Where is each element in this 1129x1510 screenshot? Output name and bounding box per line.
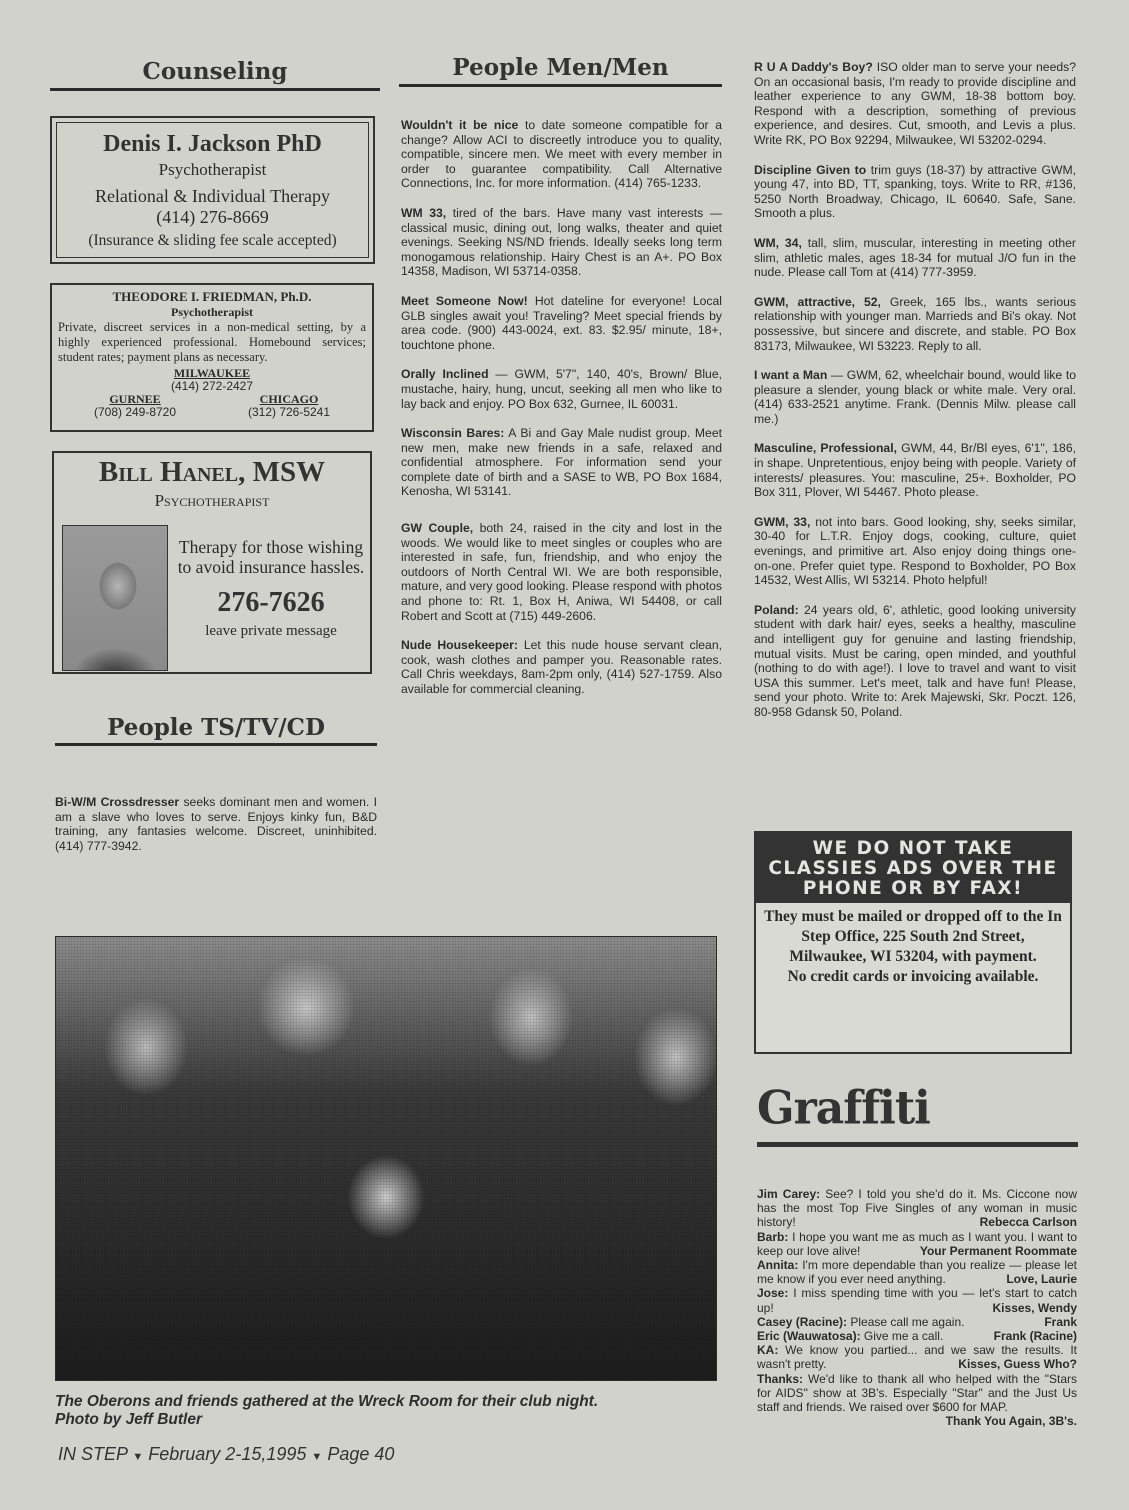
caption-line1: The Oberons and friends gathered at the … [55,1393,725,1411]
jackson-title: Psychotherapist [57,160,368,180]
counseling-heading: Counseling [50,60,380,91]
classified-ad: Poland: 24 years old, 6', athletic, good… [754,603,1076,720]
separator-icon: ▼ [132,1451,143,1463]
page-footer: IN STEP ▼ February 2-15,1995 ▼ Page 40 [58,1444,394,1465]
ts-tv-cd-heading: People TS/TV/CD [55,716,377,746]
friedman-ad: THEODORE I. FRIEDMAN, Ph.D. Psychotherap… [50,283,374,432]
graffiti-entry: Jim Carey: See? I told you she'd do it. … [757,1187,1077,1230]
classified-ad: Meet Someone Now! Hot dateline for every… [401,294,722,352]
hanel-title: Psychotherapist [54,491,370,511]
publication-name: IN STEP [58,1444,127,1464]
ts-tv-cd-ad: Bi-W/M Crossdresser seeks dominant men a… [55,795,377,853]
graffiti-entry: Barb: I hope you want me as much as I wa… [757,1230,1077,1258]
page-number: Page 40 [327,1444,394,1464]
classified-ad: I want a Man — GWM, 62, wheelchair bound… [754,368,1076,426]
jackson-note: (Insurance & sliding fee scale accepted) [57,232,368,250]
graffiti-rule [757,1142,1078,1147]
hanel-tagline: Therapy for those wishing to avoid insur… [172,537,370,577]
caption-credit: Photo by Jeff Butler [55,1411,725,1429]
photo-caption: The Oberons and friends gathered at the … [55,1393,725,1429]
hanel-name: Bill Hanel, MSW [54,456,370,489]
classified-ad: GWM, attractive, 52, Greek, 165 lbs., wa… [754,295,1076,353]
graffiti-entry: Annita: I'm more dependable than you rea… [757,1258,1077,1286]
friedman-body: Private, discreet services in a non-medi… [58,320,366,365]
classified-ad: WM, 34, tall, slim, muscular, interestin… [754,236,1076,280]
classified-ad: Orally Inclined — GWM, 5'7", 140, 40's, … [401,367,722,411]
classified-ad: GW Couple, both 24, raised in the city a… [401,521,722,623]
office-milwaukee-phone: (414) 272-2427 [58,380,366,393]
graffiti-entries: Jim Carey: See? I told you she'd do it. … [757,1187,1077,1428]
friedman-title: Psychotherapist [58,305,366,320]
graffiti-entry: Casey (Racine): Please call me again. Fr… [757,1315,1077,1329]
office-chicago-phone: (312) 726-5241 [248,406,330,419]
jackson-ad: Denis I. Jackson PhD Psychotherapist Rel… [50,116,375,264]
graffiti-entry: Eric (Wauwatosa): Give me a call. Frank … [757,1329,1077,1343]
jackson-phone: (414) 276-8669 [57,207,368,228]
ad-lead: Bi-W/M Crossdresser [55,795,179,809]
col3-ads: R U A Daddy's Boy? ISO older man to serv… [754,60,1076,735]
classified-ad: Wouldn't it be nice to date someone comp… [401,118,722,191]
notice-box: WE DO NOT TAKE CLASSIES ADS OVER THE PHO… [754,831,1072,1054]
group-photo [55,936,717,1381]
graffiti-entry: KA: We know you partied... and we saw th… [757,1343,1077,1371]
classified-ad: Discipline Given to trim guys (18-37) by… [754,163,1076,221]
men-men-heading: People Men/Men [399,56,722,87]
notice-footer: No credit cards or invoicing available. [762,967,1064,987]
classified-ad: Wisconsin Bares: A Bi and Gay Male nudis… [401,426,722,499]
classified-ad: R U A Daddy's Boy? ISO older man to serv… [754,60,1076,148]
notice-body: They must be mailed or dropped off to th… [762,907,1064,967]
classified-ad: Masculine, Professional, GWM, 44, Br/Bl … [754,441,1076,499]
office-gurnee-phone: (708) 249-8720 [94,406,176,419]
hanel-ad: Bill Hanel, MSW Psychotherapist Therapy … [52,451,372,674]
graffiti-entry: Jose: I miss spending time with you — le… [757,1286,1077,1314]
friedman-name: THEODORE I. FRIEDMAN, Ph.D. [58,289,366,305]
hanel-portrait [62,525,168,671]
jackson-name: Denis I. Jackson PhD [57,131,368,158]
separator-icon: ▼ [311,1451,322,1463]
graffiti-entry: Thanks: We'd like to thank all who helpe… [757,1372,1077,1429]
men-men-ads: Wouldn't it be nice to date someone comp… [401,118,722,712]
hanel-phone: 276-7626 [172,587,370,619]
classified-ad: Nude Housekeeper: Let this nude house se… [401,638,722,696]
jackson-specialty: Relational & Individual Therapy [57,186,368,207]
notice-headline: WE DO NOT TAKE CLASSIES ADS OVER THE PHO… [756,833,1070,903]
classified-ad: WM 33, tired of the bars. Have many vast… [401,206,722,279]
hanel-note: leave private message [172,623,370,640]
issue-date: February 2-15,1995 [148,1444,306,1464]
graffiti-heading: Graffiti [757,1082,930,1137]
classified-ad: GWM, 33, not into bars. Good looking, sh… [754,515,1076,588]
